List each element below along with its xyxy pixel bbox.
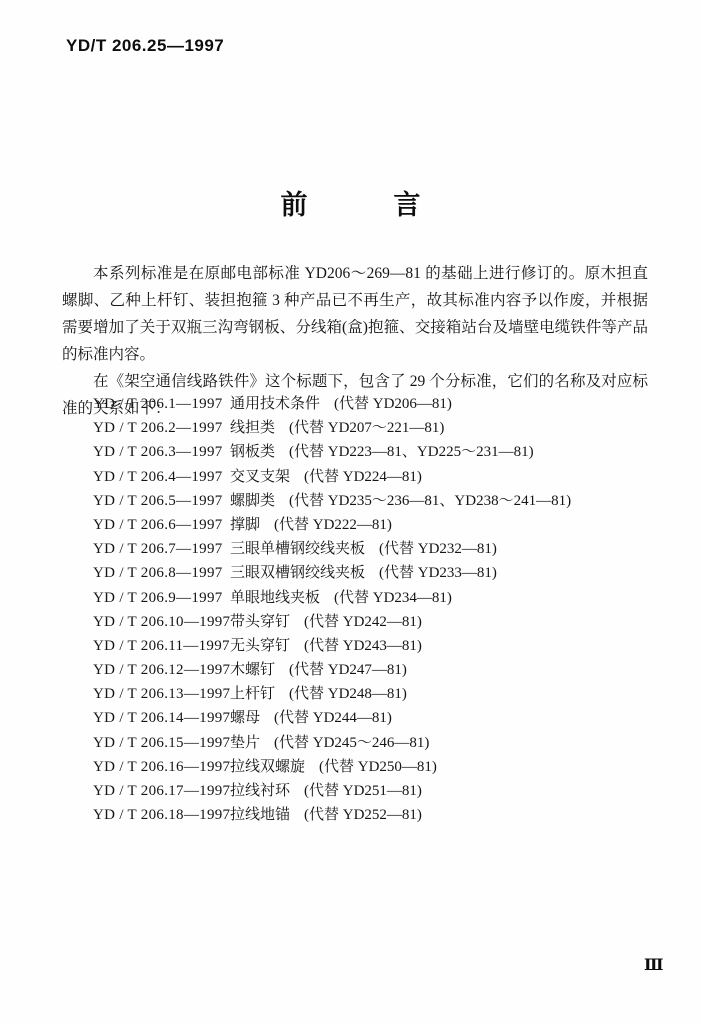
foreword-paragraph: 本系列标准是在原邮电部标准 YD206～269—81 的基础上进行修订的。原木担…	[62, 260, 648, 368]
standard-replaces: (代替 YD233—81)	[379, 561, 497, 582]
standard-number: YD / T 206.17—1997	[93, 783, 230, 800]
standard-number: YD / T 206.4—1997	[93, 469, 230, 486]
standard-number: YD / T 206.12—1997	[93, 662, 230, 679]
standard-name: 通用技术条件	[230, 392, 320, 413]
standard-code-header: YD/T 206.25—1997	[66, 36, 224, 56]
standards-list-item: YD / T 206.12—1997 木螺钉 (代替 YD247—81)	[93, 658, 633, 682]
standards-list-item: YD / T 206.3—1997 钢板类 (代替 YD223—81、YD225…	[93, 440, 633, 464]
standard-number: YD / T 206.6—1997	[93, 517, 230, 534]
standards-list-item: YD / T 206.9—1997 单眼地线夹板 (代替 YD234—81)	[93, 586, 633, 610]
standard-number: YD / T 206.15—1997	[93, 735, 230, 752]
standards-list-item: YD / T 206.15—1997 垫片 (代替 YD245～246—81)	[93, 731, 633, 755]
standard-name: 拉线双螺旋	[230, 755, 305, 776]
standard-replaces: (代替 YD222—81)	[274, 513, 392, 534]
title-char-right: 言	[394, 183, 421, 222]
standard-name: 拉线衬环	[230, 779, 290, 800]
standards-list-item: YD / T 206.13—1997 上杆钉 (代替 YD248—81)	[93, 682, 633, 706]
standard-replaces: (代替 YD245～246—81)	[274, 731, 429, 752]
standards-list-item: YD / T 206.1—1997 通用技术条件 (代替 YD206—81)	[93, 392, 633, 416]
standard-name: 线担类	[230, 416, 275, 437]
standard-name: 撑脚	[230, 513, 260, 534]
standard-number: YD / T 206.16—1997	[93, 759, 230, 776]
standard-number: YD / T 206.8—1997	[93, 565, 230, 582]
standard-name: 钢板类	[230, 440, 275, 461]
standard-number: YD / T 206.14—1997	[93, 710, 230, 727]
standard-replaces: (代替 YD243—81)	[304, 634, 422, 655]
standards-list-item: YD / T 206.10—1997 带头穿钉 (代替 YD242—81)	[93, 610, 633, 634]
standards-list-item: YD / T 206.5—1997 螺脚类 (代替 YD235～236—81、Y…	[93, 489, 633, 513]
standard-replaces: (代替 YD207～221—81)	[289, 416, 444, 437]
standard-name: 木螺钉	[230, 658, 275, 679]
standard-name: 单眼地线夹板	[230, 586, 320, 607]
standard-replaces: (代替 YD206—81)	[334, 392, 452, 413]
standards-list-item: YD / T 206.4—1997 交叉支架 (代替 YD224—81)	[93, 465, 633, 489]
standard-replaces: (代替 YD234—81)	[334, 586, 452, 607]
standard-name: 拉线地锚	[230, 803, 290, 824]
standard-number: YD / T 206.13—1997	[93, 686, 230, 703]
standard-replaces: (代替 YD244—81)	[274, 706, 392, 727]
page-title: 前 言	[0, 183, 701, 222]
standards-list-item: YD / T 206.14—1997 螺母 (代替 YD244—81)	[93, 706, 633, 730]
standard-number: YD / T 206.2—1997	[93, 420, 230, 437]
standards-list-item: YD / T 206.18—1997 拉线地锚 (代替 YD252—81)	[93, 803, 633, 827]
standards-list-item: YD / T 206.11—1997 无头穿钉 (代替 YD243—81)	[93, 634, 633, 658]
standard-replaces: (代替 YD232—81)	[379, 537, 497, 558]
standards-list-item: YD / T 206.7—1997 三眼单槽钢绞线夹板 (代替 YD232—81…	[93, 537, 633, 561]
standards-list-item: YD / T 206.2—1997 线担类 (代替 YD207～221—81)	[93, 416, 633, 440]
page-number: Ⅲ	[644, 955, 663, 975]
standard-number: YD / T 206.9—1997	[93, 590, 230, 607]
standard-name: 三眼单槽钢绞线夹板	[230, 537, 365, 558]
standard-number: YD / T 206.3—1997	[93, 444, 230, 461]
document-page: YD/T 206.25—1997 前 言 本系列标准是在原邮电部标准 YD206…	[0, 0, 701, 1024]
standards-list-item: YD / T 206.16—1997 拉线双螺旋 (代替 YD250—81)	[93, 755, 633, 779]
standard-name: 交叉支架	[230, 465, 290, 486]
standard-number: YD / T 206.1—1997	[93, 396, 230, 413]
standard-replaces: (代替 YD247—81)	[289, 658, 407, 679]
standard-replaces: (代替 YD250—81)	[319, 755, 437, 776]
standard-name: 无头穿钉	[230, 634, 290, 655]
standard-number: YD / T 206.7—1997	[93, 541, 230, 558]
standard-name: 螺母	[230, 706, 260, 727]
standard-replaces: (代替 YD248—81)	[289, 682, 407, 703]
standard-number: YD / T 206.18—1997	[93, 807, 230, 824]
standard-name: 三眼双槽钢绞线夹板	[230, 561, 365, 582]
title-char-left: 前	[281, 183, 308, 222]
standard-replaces: (代替 YD242—81)	[304, 610, 422, 631]
standard-replaces: (代替 YD223—81、YD225～231—81)	[289, 440, 534, 461]
standard-name: 垫片	[230, 731, 260, 752]
standards-list-item: YD / T 206.8—1997 三眼双槽钢绞线夹板 (代替 YD233—81…	[93, 561, 633, 585]
standard-replaces: (代替 YD251—81)	[304, 779, 422, 800]
standard-name: 带头穿钉	[230, 610, 290, 631]
standard-number: YD / T 206.10—1997	[93, 614, 230, 631]
standard-number: YD / T 206.5—1997	[93, 493, 230, 510]
standard-number: YD / T 206.11—1997	[93, 638, 230, 655]
standards-list-item: YD / T 206.17—1997 拉线衬环 (代替 YD251—81)	[93, 779, 633, 803]
standard-name: 螺脚类	[230, 489, 275, 510]
standard-name: 上杆钉	[230, 682, 275, 703]
standards-list: YD / T 206.1—1997 通用技术条件 (代替 YD206—81) Y…	[93, 392, 633, 827]
standard-replaces: (代替 YD252—81)	[304, 803, 422, 824]
standard-replaces: (代替 YD235～236—81、YD238～241—81)	[289, 489, 571, 510]
standard-replaces: (代替 YD224—81)	[304, 465, 422, 486]
standards-list-item: YD / T 206.6—1997 撑脚 (代替 YD222—81)	[93, 513, 633, 537]
